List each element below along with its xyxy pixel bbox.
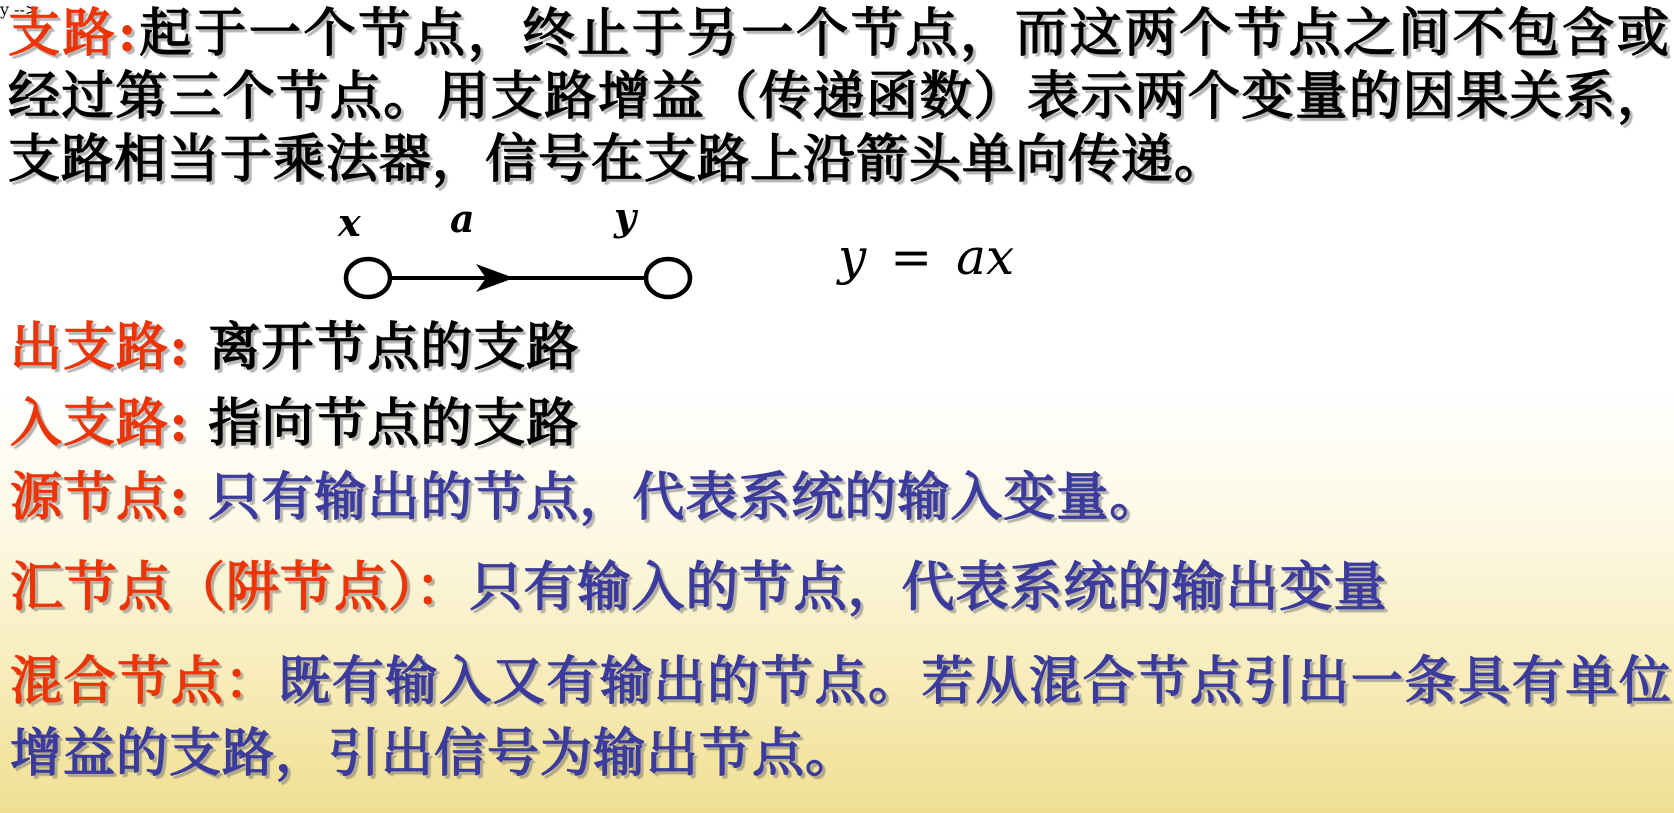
branch-definition-paragraph: 支路:起于一个节点，终止于另一个节点，而这两个节点之间不包含或经过第三个节点。用… — [8, 2, 1670, 191]
definition-out-branch: 出支路: 离开节点的支路 — [10, 316, 1670, 379]
in-branch-text: 指向节点的支路 — [208, 393, 579, 454]
definition-in-branch: 入支路: 指向节点的支路 — [10, 392, 1670, 455]
out-branch-text: 离开节点的支路 — [208, 317, 579, 378]
in-branch-label: 入支路: — [10, 393, 189, 454]
branch-diagram: x a y — [298, 200, 728, 310]
node-y-label: y — [613, 200, 639, 239]
branch-term-label: 支路: — [8, 3, 138, 64]
branch-gain-label: a — [450, 200, 475, 241]
definition-mixed-node: 混合节点：既有输入又有输出的节点。若从混合节点引出一条具有单位增益的支路，引出信… — [10, 646, 1672, 790]
mixed-node-label: 混合节点： — [10, 651, 278, 712]
out-branch-label: 出支路: — [10, 317, 189, 378]
branch-term-text: 起于一个节点，终止于另一个节点，而这两个节点之间不包含或经过第三个节点。用支路增… — [8, 3, 1670, 190]
branch-equation: y=ax — [838, 228, 1014, 286]
slide: 支路:起于一个节点，终止于另一个节点，而这两个节点之间不包含或经过第三个节点。用… — [0, 0, 1674, 813]
node-x-label: x — [337, 200, 362, 245]
source-node-text: 只有输出的节点，代表系统的输入变量。 — [208, 467, 1162, 528]
definition-source-node: 源节点: 只有输出的节点，代表系统的输入变量。 — [10, 466, 1670, 529]
sink-node-text: 只有输入的节点，代表系统的输出变量 — [470, 556, 1388, 618]
sink-node-label: 汇节点（阱节点）： — [10, 556, 470, 618]
equation-equals: = — [890, 228, 932, 286]
source-node-label: 源节点: — [10, 467, 189, 528]
node-circle-right — [646, 259, 690, 297]
equation-rhs: ax — [956, 228, 1014, 286]
node-circle-left — [346, 259, 390, 297]
equation-lhs: y — [838, 228, 866, 286]
definition-sink-node: 汇节点（阱节点）：只有输入的节点，代表系统的输出变量 — [10, 556, 1670, 619]
